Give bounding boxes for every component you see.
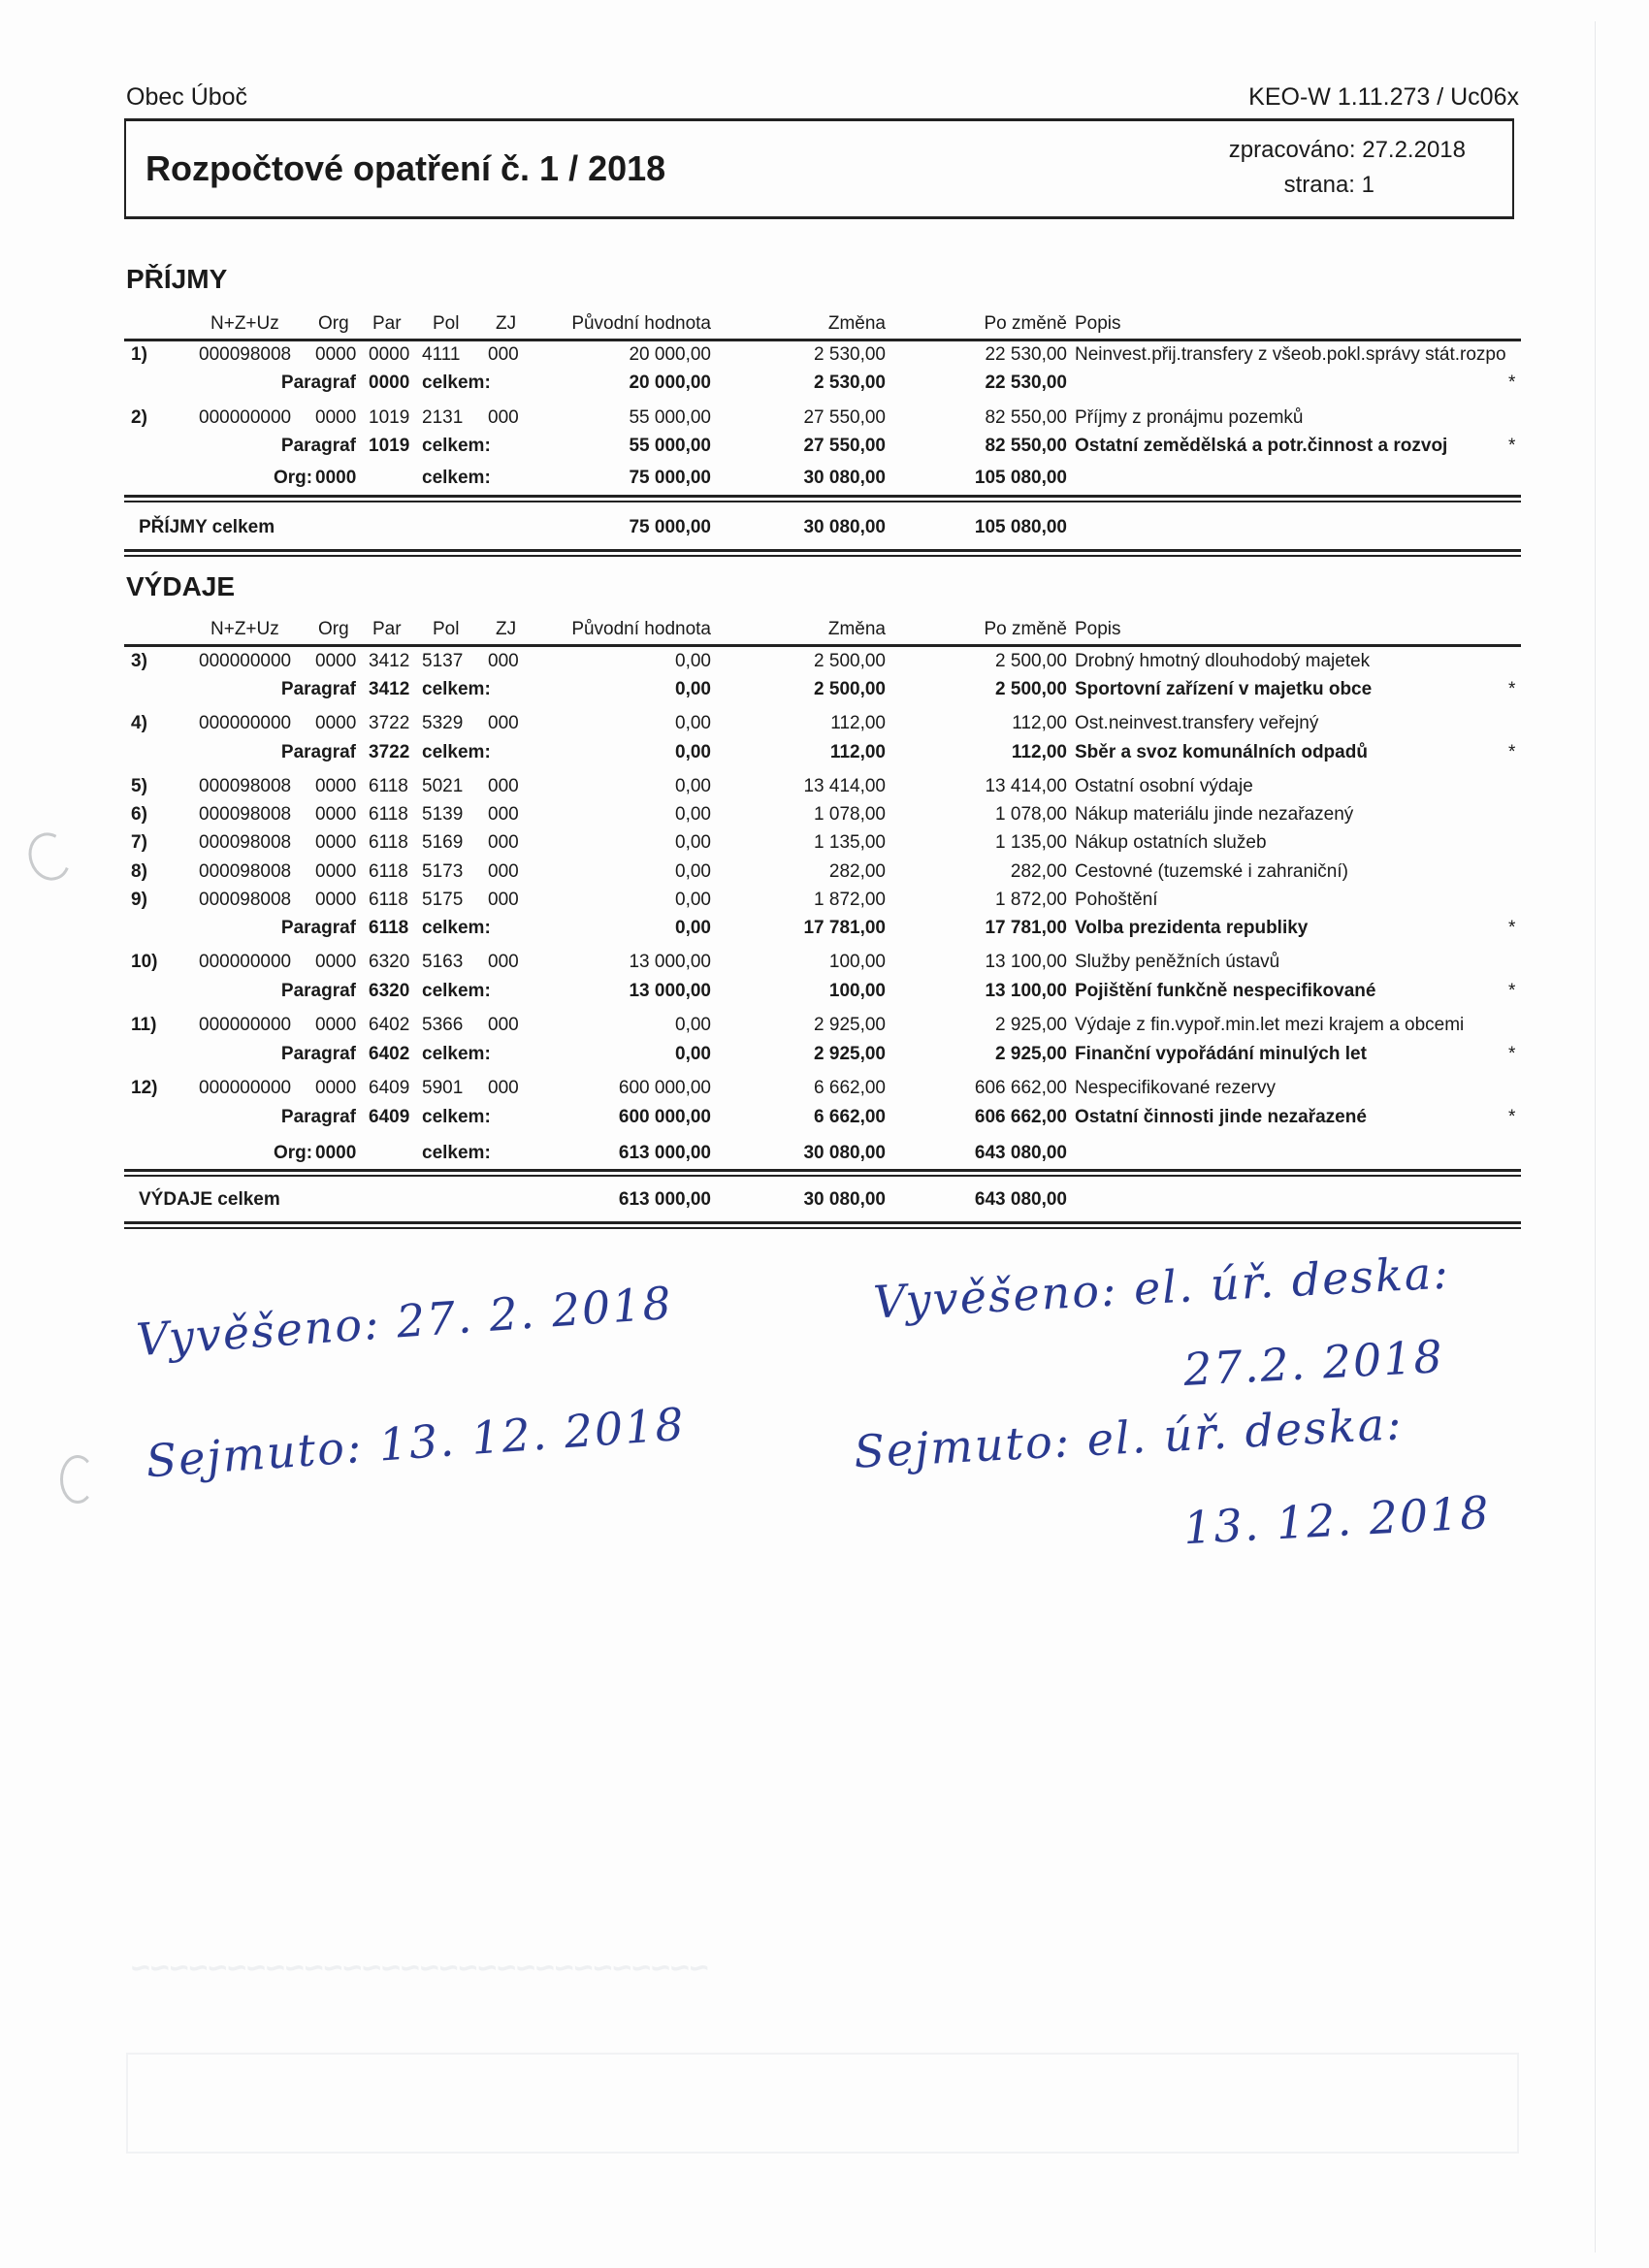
cell-nzuz: 000000000	[199, 713, 291, 734]
cell-description: Ost.neinvest.transfery veřejný	[1075, 713, 1318, 734]
paragraf-original: 55 000,00	[629, 436, 711, 457]
cell-nzuz: 000098008	[199, 832, 291, 854]
paragraf-description: Sportovní zařízení v majetku obce	[1075, 679, 1372, 700]
cell-description: Nákup materiálu jinde nezařazený	[1075, 804, 1353, 826]
column-header-change: Změna	[828, 313, 886, 335]
section-heading-expenses: VÝDAJE	[126, 571, 235, 602]
cell-after: 82 550,00	[985, 407, 1067, 429]
column-header-nzuz: N+Z+Uz	[210, 619, 279, 640]
org-change: 30 080,00	[803, 1143, 886, 1164]
cell-par: 0000	[369, 344, 409, 366]
cell-original: 0,00	[675, 861, 711, 883]
cell-description: Nákup ostatních služeb	[1075, 832, 1267, 854]
column-header-description: Popis	[1075, 619, 1121, 640]
paragraf-description: Volba prezidenta republiky	[1075, 918, 1308, 939]
page-label: strana:	[1284, 172, 1355, 198]
rule-line	[124, 644, 1521, 647]
paragraf-after: 22 530,00	[985, 373, 1067, 394]
row-number: 4)	[131, 713, 147, 734]
paragraf-original: 0,00	[675, 679, 711, 700]
cell-zj: 000	[488, 713, 519, 734]
cell-nzuz: 000000000	[199, 1078, 291, 1099]
cell-par: 6118	[369, 776, 408, 797]
handwritten-removed-left: Sejmuto: 13. 12. 2018	[145, 1398, 688, 1488]
paragraf-suffix: celkem:	[422, 981, 491, 1002]
row-number: 10)	[131, 952, 157, 973]
paragraf-label: Paragraf	[281, 436, 356, 457]
paragraf-change: 27 550,00	[803, 436, 886, 457]
cell-after: 282,00	[1011, 861, 1067, 883]
column-header-nzuz: N+Z+Uz	[210, 313, 279, 335]
cell-pol: 5021	[422, 776, 463, 797]
column-header-description: Popis	[1075, 313, 1121, 335]
cell-change: 1 872,00	[814, 890, 886, 911]
cell-pol: 5169	[422, 832, 463, 854]
cell-org: 0000	[315, 407, 356, 429]
organization-name: Obec Úboč	[126, 83, 247, 112]
cell-after: 2 500,00	[995, 651, 1067, 672]
column-header-original: Původní hodnota	[571, 619, 711, 640]
cell-nzuz: 000000000	[199, 651, 291, 672]
scan-artifact	[60, 1455, 95, 1504]
org-suffix: celkem:	[422, 468, 491, 489]
paragraf-original: 600 000,00	[619, 1107, 711, 1128]
paragraf-original: 0,00	[675, 1044, 711, 1065]
expenses-total-label: VÝDAJE celkem	[139, 1189, 280, 1211]
expenses-total-original: 613 000,00	[619, 1189, 711, 1211]
paragraf-description: Pojištění funkčně nespecifikované	[1075, 981, 1375, 1002]
handwritten-posted-right-1: Vyvěšeno: el. úř. deska:	[872, 1246, 1451, 1328]
org-label: Org:	[274, 1143, 312, 1164]
cell-description: Výdaje z fin.vypoř.min.let mezi krajem a…	[1075, 1015, 1464, 1036]
cell-change: 27 550,00	[803, 407, 886, 429]
org-code: 0000	[315, 1143, 356, 1164]
row-number: 11)	[131, 1015, 156, 1036]
cell-zj: 000	[488, 776, 519, 797]
column-header-org: Org	[318, 313, 349, 335]
paragraf-change: 17 781,00	[803, 918, 886, 939]
cell-org: 0000	[315, 890, 356, 911]
paragraf-change: 2 500,00	[814, 679, 886, 700]
cell-org: 0000	[315, 952, 356, 973]
paragraf-label: Paragraf	[281, 742, 356, 763]
paragraf-description: Ostatní zemědělská a potr.činnost a rozv…	[1075, 436, 1447, 457]
paragraf-code: 6320	[369, 981, 409, 1002]
paragraf-code: 6402	[369, 1044, 409, 1065]
cell-par: 3722	[369, 713, 409, 734]
page-number: 1	[1362, 172, 1374, 198]
cell-org: 0000	[315, 861, 356, 883]
cell-after: 22 530,00	[985, 344, 1067, 366]
cell-nzuz: 000098008	[199, 804, 291, 826]
paragraf-label: Paragraf	[281, 679, 356, 700]
row-number: 7)	[131, 832, 147, 854]
cell-change: 6 662,00	[814, 1078, 886, 1099]
paragraf-change: 100,00	[829, 981, 886, 1002]
org-suffix: celkem:	[422, 1143, 491, 1164]
paragraf-after: 2 925,00	[995, 1044, 1067, 1065]
cell-nzuz: 000000000	[199, 952, 291, 973]
column-header-after: Po změně	[984, 619, 1067, 640]
cell-org: 0000	[315, 1078, 356, 1099]
org-code: 0000	[315, 468, 356, 489]
rule-line	[124, 549, 1521, 552]
row-number: 5)	[131, 776, 147, 797]
cell-zj: 000	[488, 1078, 519, 1099]
paragraf-star: *	[1508, 981, 1515, 1002]
paragraf-star: *	[1508, 373, 1515, 394]
cell-par: 6118	[369, 890, 408, 911]
cell-description: Pohoštění	[1075, 890, 1158, 911]
income-total-change: 30 080,00	[803, 517, 886, 538]
cell-pol: 5175	[422, 890, 463, 911]
cell-change: 112,00	[830, 713, 886, 734]
rule-line	[124, 495, 1521, 498]
cell-par: 6118	[369, 832, 408, 854]
cell-original: 600 000,00	[619, 1078, 711, 1099]
cell-par: 1019	[369, 407, 409, 429]
row-number: 3)	[131, 651, 147, 672]
cell-original: 0,00	[675, 890, 711, 911]
cell-change: 282,00	[829, 861, 886, 883]
cell-pol: 5366	[422, 1015, 463, 1036]
paragraf-code: 0000	[369, 373, 409, 394]
paragraf-star: *	[1508, 918, 1515, 939]
column-header-change: Změna	[828, 619, 886, 640]
cell-original: 0,00	[675, 713, 711, 734]
cell-par: 3412	[369, 651, 409, 672]
paragraf-original: 0,00	[675, 918, 711, 939]
cell-org: 0000	[315, 1015, 356, 1036]
paragraf-suffix: celkem:	[422, 918, 491, 939]
paragraf-change: 2 530,00	[814, 373, 886, 394]
handwritten-posted-right-2: 27.2. 2018	[1182, 1330, 1445, 1396]
paragraf-change: 6 662,00	[814, 1107, 886, 1128]
cell-nzuz: 000098008	[199, 890, 291, 911]
paragraf-description: Finanční vypořádání minulých let	[1075, 1044, 1367, 1065]
paragraf-after: 82 550,00	[985, 436, 1067, 457]
section-heading-income: PŘÍJMY	[126, 264, 227, 295]
org-change: 30 080,00	[803, 468, 886, 489]
paragraf-code: 1019	[369, 436, 409, 457]
rule-line	[124, 1227, 1521, 1229]
cell-zj: 000	[488, 407, 519, 429]
cell-zj: 000	[488, 952, 519, 973]
cell-original: 0,00	[675, 776, 711, 797]
cell-change: 2 530,00	[814, 344, 886, 366]
org-label: Org:	[274, 468, 312, 489]
paragraf-change: 112,00	[830, 742, 886, 763]
row-number: 6)	[131, 804, 147, 826]
bleed-through-box	[126, 2053, 1519, 2154]
cell-nzuz: 000098008	[199, 344, 291, 366]
org-after: 643 080,00	[975, 1143, 1067, 1164]
paragraf-suffix: celkem:	[422, 742, 491, 763]
paragraf-label: Paragraf	[281, 1107, 356, 1128]
cell-description: Cestovné (tuzemské i zahraniční)	[1075, 861, 1348, 883]
cell-pol: 5137	[422, 651, 463, 672]
paragraf-code: 3412	[369, 679, 409, 700]
cell-pol: 2131	[422, 407, 463, 429]
scan-edge-line	[1595, 21, 1596, 2252]
cell-org: 0000	[315, 344, 356, 366]
paragraf-suffix: celkem:	[422, 1044, 491, 1065]
cell-after: 13 100,00	[985, 952, 1067, 973]
cell-zj: 000	[488, 344, 519, 366]
paragraf-label: Paragraf	[281, 918, 356, 939]
column-header-par: Par	[372, 619, 402, 640]
cell-change: 100,00	[829, 952, 886, 973]
rule-line	[124, 1169, 1521, 1172]
cell-par: 6118	[369, 861, 408, 883]
org-original: 613 000,00	[619, 1143, 711, 1164]
cell-zj: 000	[488, 861, 519, 883]
paragraf-star: *	[1508, 679, 1515, 700]
cell-original: 0,00	[675, 651, 711, 672]
paragraf-suffix: celkem:	[422, 373, 491, 394]
paragraf-suffix: celkem:	[422, 679, 491, 700]
processed-label: zpracováno:	[1229, 137, 1356, 163]
column-header-org: Org	[318, 619, 349, 640]
paragraf-code: 6118	[369, 918, 408, 939]
cell-pol: 5329	[422, 713, 463, 734]
cell-after: 606 662,00	[975, 1078, 1067, 1099]
paragraf-original: 0,00	[675, 742, 711, 763]
rule-line	[124, 1175, 1521, 1177]
paragraf-code: 6409	[369, 1107, 409, 1128]
paragraf-label: Paragraf	[281, 981, 356, 1002]
rule-line	[124, 555, 1521, 557]
handwritten-removed-right-2: 13. 12. 2018	[1182, 1486, 1492, 1554]
cell-change: 13 414,00	[803, 776, 886, 797]
cell-change: 1 078,00	[814, 804, 886, 826]
cell-par: 6320	[369, 952, 409, 973]
rule-line	[124, 1221, 1521, 1224]
software-version: KEO-W 1.11.273 / Uc06x	[1248, 83, 1519, 112]
row-number: 9)	[131, 890, 147, 911]
paragraf-star: *	[1508, 742, 1515, 763]
cell-zj: 000	[488, 890, 519, 911]
cell-description: Příjmy z pronájmu pozemků	[1075, 407, 1303, 429]
paragraf-star: *	[1508, 1044, 1515, 1065]
paragraf-suffix: celkem:	[422, 436, 491, 457]
cell-description: Služby peněžních ústavů	[1075, 952, 1279, 973]
rule-line	[124, 501, 1521, 502]
paragraf-star: *	[1508, 1107, 1515, 1128]
paragraf-suffix: celkem:	[422, 1107, 491, 1128]
title-box: Rozpočtové opatření č. 1 / 2018 zpracová…	[124, 118, 1514, 219]
paragraf-after: 606 662,00	[975, 1107, 1067, 1128]
column-header-par: Par	[372, 313, 402, 335]
cell-org: 0000	[315, 776, 356, 797]
column-header-after: Po změně	[984, 313, 1067, 335]
org-original: 75 000,00	[629, 468, 711, 489]
paragraf-after: 13 100,00	[985, 981, 1067, 1002]
paragraf-code: 3722	[369, 742, 409, 763]
handwritten-posted-left: Vyvěšeno: 27. 2. 2018	[135, 1277, 675, 1367]
processed-info: zpracováno: 27.2.2018	[1229, 137, 1466, 164]
column-header-pol: Pol	[433, 619, 459, 640]
cell-zj: 000	[488, 1015, 519, 1036]
income-total-label: PŘÍJMY celkem	[139, 517, 275, 538]
expenses-total-after: 643 080,00	[975, 1189, 1067, 1211]
paragraf-after: 17 781,00	[985, 918, 1067, 939]
cell-pol: 5139	[422, 804, 463, 826]
cell-org: 0000	[315, 713, 356, 734]
page-title: Rozpočtové opatření č. 1 / 2018	[145, 148, 665, 189]
org-after: 105 080,00	[975, 468, 1067, 489]
paragraf-original: 13 000,00	[629, 981, 711, 1002]
cell-org: 0000	[315, 804, 356, 826]
cell-after: 1 078,00	[995, 804, 1067, 826]
row-number: 2)	[131, 407, 147, 429]
cell-change: 2 500,00	[814, 651, 886, 672]
paragraf-description: Sběr a svoz komunálních odpadů	[1075, 742, 1368, 763]
cell-nzuz: 000098008	[199, 776, 291, 797]
income-total-after: 105 080,00	[975, 517, 1067, 538]
cell-zj: 000	[488, 832, 519, 854]
cell-change: 2 925,00	[814, 1015, 886, 1036]
paragraf-after: 112,00	[1012, 742, 1067, 763]
row-number: 12)	[131, 1078, 157, 1099]
cell-pol: 5901	[422, 1078, 463, 1099]
cell-nzuz: 000000000	[199, 1015, 291, 1036]
paragraf-label: Paragraf	[281, 1044, 356, 1065]
column-header-original: Původní hodnota	[571, 313, 711, 335]
cell-description: Neinvest.přij.transfery z všeob.pokl.spr…	[1075, 344, 1506, 366]
cell-pol: 4111	[422, 344, 460, 366]
cell-after: 2 925,00	[995, 1015, 1067, 1036]
cell-par: 6402	[369, 1015, 409, 1036]
scan-artifact	[22, 826, 78, 886]
page-info: strana: 1	[1284, 172, 1374, 199]
cell-description: Ostatní osobní výdaje	[1075, 776, 1253, 797]
cell-after: 1 872,00	[995, 890, 1067, 911]
cell-zj: 000	[488, 651, 519, 672]
cell-original: 20 000,00	[629, 344, 711, 366]
cell-nzuz: 000000000	[199, 407, 291, 429]
paragraf-star: *	[1508, 436, 1515, 457]
cell-original: 0,00	[675, 832, 711, 854]
row-number: 1)	[131, 344, 147, 366]
paragraf-description: Ostatní činnosti jinde nezařazené	[1075, 1107, 1367, 1128]
expenses-total-change: 30 080,00	[803, 1189, 886, 1211]
cell-description: Drobný hmotný dlouhodobý majetek	[1075, 651, 1370, 672]
rule-line	[124, 339, 1521, 341]
cell-pol: 5173	[422, 861, 463, 883]
cell-pol: 5163	[422, 952, 463, 973]
income-total-original: 75 000,00	[629, 517, 711, 538]
cell-after: 13 414,00	[985, 776, 1067, 797]
column-header-pol: Pol	[433, 313, 459, 335]
paragraf-change: 2 925,00	[814, 1044, 886, 1065]
handwritten-removed-right-1: Sejmuto: el. úř. deska:	[853, 1397, 1405, 1478]
cell-description: Nespecifikované rezervy	[1075, 1078, 1276, 1099]
cell-original: 55 000,00	[629, 407, 711, 429]
cell-zj: 000	[488, 804, 519, 826]
cell-original: 13 000,00	[629, 952, 711, 973]
row-number: 8)	[131, 861, 147, 883]
processed-date: 27.2.2018	[1362, 137, 1466, 163]
cell-par: 6118	[369, 804, 408, 826]
cell-nzuz: 000098008	[199, 861, 291, 883]
bleed-through-text: ~~~~~~~~~~~~~~~~~~~~~~~~~~~~~~	[131, 1950, 709, 1988]
cell-after: 112,00	[1012, 713, 1067, 734]
cell-org: 0000	[315, 651, 356, 672]
cell-org: 0000	[315, 832, 356, 854]
paragraf-label: Paragraf	[281, 373, 356, 394]
column-header-zj: ZJ	[496, 313, 516, 335]
cell-after: 1 135,00	[995, 832, 1067, 854]
cell-change: 1 135,00	[814, 832, 886, 854]
cell-original: 0,00	[675, 804, 711, 826]
cell-original: 0,00	[675, 1015, 711, 1036]
paragraf-after: 2 500,00	[995, 679, 1067, 700]
paragraf-original: 20 000,00	[629, 373, 711, 394]
cell-par: 6409	[369, 1078, 409, 1099]
column-header-zj: ZJ	[496, 619, 516, 640]
